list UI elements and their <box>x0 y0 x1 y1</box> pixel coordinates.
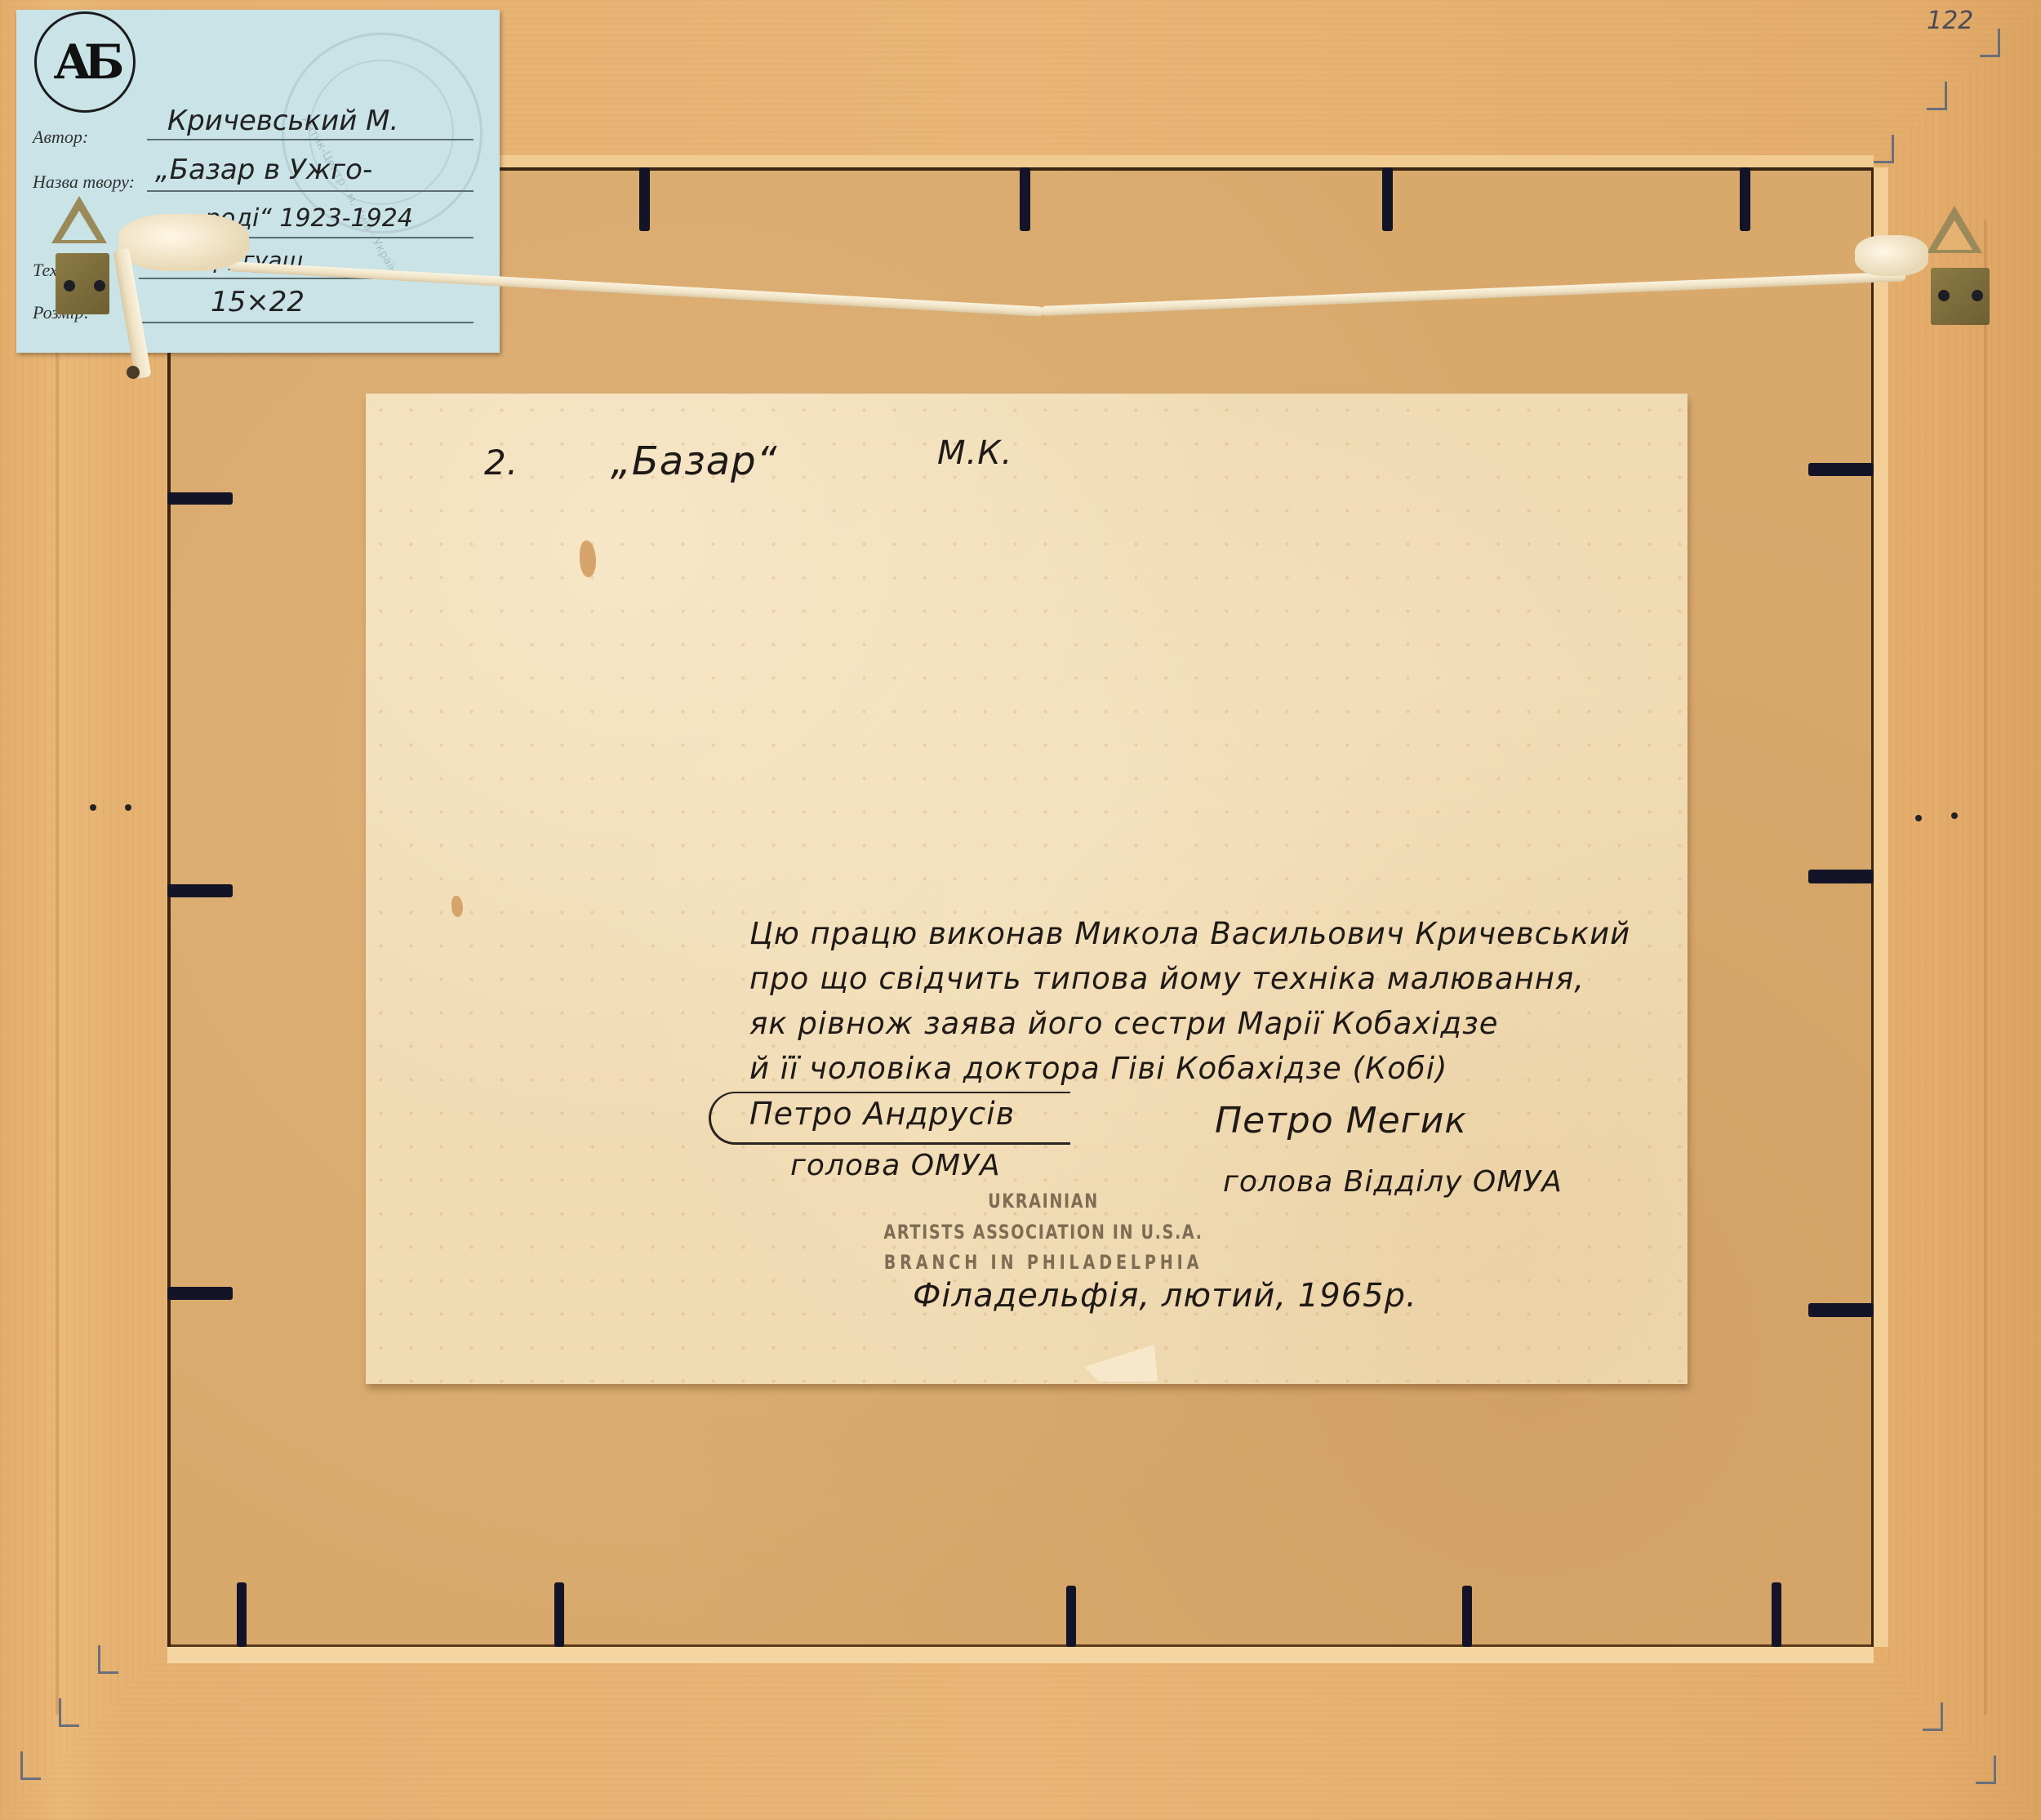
frame-right-lip <box>1874 167 1888 1647</box>
note-initials: М.К. <box>937 434 1012 472</box>
right-cord-knot <box>1855 235 1928 276</box>
retaining-clip <box>1740 167 1750 231</box>
retaining-clip <box>639 167 650 231</box>
retaining-clip <box>554 1582 564 1647</box>
frame-bottom-lip <box>167 1647 1874 1663</box>
screw-icon <box>64 280 75 291</box>
gallery-logo: АБ <box>34 11 136 113</box>
retaining-clip <box>1066 1586 1076 1647</box>
corner-staple <box>59 1698 79 1727</box>
screw-icon <box>1938 290 1950 301</box>
card-rule <box>147 190 474 192</box>
association-stamp-line-2: ARTISTS ASSOCIATION IN U.S.A. <box>867 1221 1220 1244</box>
retaining-clip <box>1020 167 1030 231</box>
card-value-size: 15×22 <box>211 286 305 318</box>
card-rule <box>139 322 474 323</box>
provenance-note-paper: 2. „Базар“ М.К. Цю працю виконав Микола … <box>366 394 1687 1384</box>
retaining-clip <box>1382 167 1393 231</box>
nail-hole <box>1951 812 1958 819</box>
note-title: „Базар“ <box>611 438 777 484</box>
retaining-clip <box>167 1287 233 1300</box>
card-value-author: Кричевський М. <box>167 105 398 137</box>
note-place-date: Філадельфія, лютий, 1965р. <box>913 1277 1417 1315</box>
association-stamp-line-1: UKRAINIAN <box>972 1190 1115 1213</box>
corner-staple <box>1874 135 1894 163</box>
retaining-clip <box>1808 870 1874 883</box>
retaining-clip <box>1772 1582 1781 1647</box>
screw-icon <box>1972 290 1983 301</box>
signature-1-title: голова ОМУА <box>790 1149 1001 1182</box>
corner-staple <box>98 1645 118 1674</box>
left-cord-knot <box>118 214 249 271</box>
corner-staple <box>1923 1702 1943 1731</box>
corner-staple <box>1976 1755 1996 1784</box>
cord-end-tip <box>127 366 140 379</box>
nail-hole <box>125 804 131 811</box>
hanger-opening <box>61 211 97 240</box>
nail-hole <box>1915 815 1922 821</box>
retaining-clip <box>167 884 233 897</box>
corner-staple <box>1980 29 2000 57</box>
frame-pencil-number: 122 <box>1927 7 1973 35</box>
card-rule <box>147 139 474 140</box>
paper-tear <box>451 896 463 917</box>
card-label-title: Назва твору: <box>33 171 135 193</box>
screw-icon <box>94 280 105 291</box>
nail-hole <box>90 804 96 811</box>
frame-left-groove <box>56 220 59 1715</box>
signature-2-name: Петро Мегик <box>1215 1100 1467 1141</box>
hanger-opening <box>1937 220 1972 250</box>
note-body-line-3: як рівнож заява його сестри Марії Кобахі… <box>749 1006 1499 1041</box>
association-stamp-line-3: BRANCH IN PHILADELPHIA <box>867 1251 1220 1274</box>
corner-staple <box>1927 82 1947 110</box>
note-number: 2. <box>484 443 518 483</box>
note-body-line-1: Цю працю виконав Микола Васильович Криче… <box>749 916 1630 951</box>
retaining-clip <box>1462 1586 1472 1647</box>
retaining-clip <box>237 1582 247 1647</box>
card-value-title: „Базар в Ужго- <box>155 154 372 186</box>
retaining-clip <box>1808 1303 1874 1317</box>
note-body-line-2: про що свідчить типова йому техніка малю… <box>749 961 1585 996</box>
card-label-author: Автор: <box>33 127 88 148</box>
signature-1-name: Петро Андрусів <box>749 1096 1015 1132</box>
signature-2-title: голова Відділу ОМУА <box>1223 1165 1563 1199</box>
frame-bottom-rail <box>0 1647 2041 1820</box>
retaining-clip <box>1808 463 1874 476</box>
frame-right-groove <box>1984 220 1987 1715</box>
corner-staple <box>20 1751 41 1780</box>
retaining-clip <box>167 492 233 505</box>
gallery-monogram: АБ <box>54 34 117 90</box>
note-body-line-4: й її чоловіка доктора Гіві Кобахідзе (Ко… <box>749 1051 1447 1086</box>
